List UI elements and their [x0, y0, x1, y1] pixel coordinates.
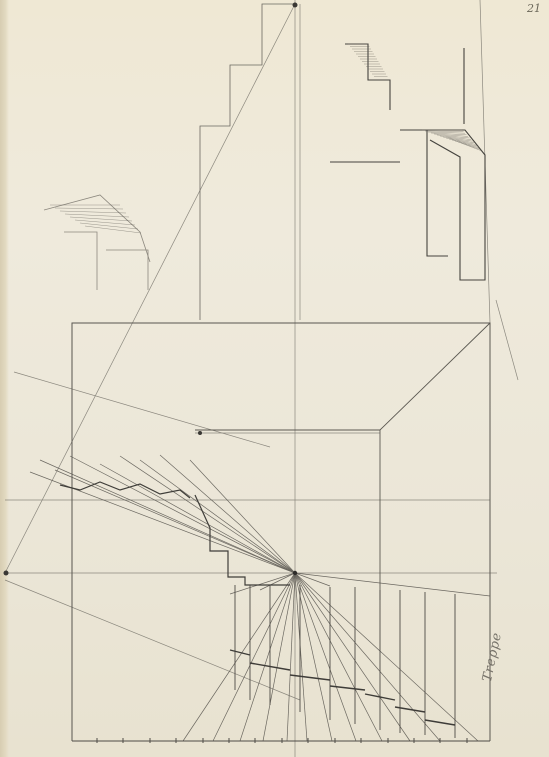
stair-tread: [330, 686, 365, 690]
block-a: [400, 130, 448, 256]
sketch-left-stair: [44, 195, 150, 290]
lower-stair-profile: [60, 482, 290, 585]
hatch: [425, 131, 464, 132]
horizon-left-marker: [4, 571, 9, 576]
apex-marker: [293, 3, 298, 8]
radial-line: [295, 573, 332, 741]
radial-line: [295, 573, 478, 741]
vanishing-radial-lines: [30, 455, 490, 741]
frame-outline: [72, 323, 490, 741]
stair-tread: [290, 675, 330, 680]
construction-line: [14, 372, 270, 447]
sketch-paper: 21 Treppe: [0, 0, 549, 757]
vanishing-point-marker: [293, 571, 297, 575]
sketch-top-right-stair: [330, 44, 485, 280]
radial-line: [190, 460, 295, 573]
radial-line: [295, 573, 490, 596]
radial-line: [295, 573, 356, 741]
radial-line: [230, 573, 295, 594]
radial-line: [295, 573, 440, 741]
hatch: [55, 208, 123, 209]
block-b: [420, 130, 485, 280]
page-number: 21: [527, 2, 541, 15]
stair-tread: [230, 650, 250, 655]
picture-frame: [72, 323, 490, 741]
hatch: [60, 211, 126, 213]
stair-treads: [230, 650, 455, 725]
radial-line: [120, 456, 295, 573]
construction-line: [5, 4, 295, 573]
construction-line: [5, 580, 300, 700]
hatching-shading: [50, 44, 482, 233]
radial-line: [183, 573, 295, 741]
radial-line: [100, 464, 295, 573]
hatch: [80, 223, 138, 229]
right-block: [106, 250, 148, 290]
radial-line: [70, 456, 295, 573]
radial-line: [40, 460, 295, 573]
stair-tread: [425, 720, 455, 725]
construction-line: [496, 300, 518, 380]
left-block: [64, 232, 97, 290]
baseline-ruler: [72, 738, 490, 743]
radial-line: [287, 573, 295, 741]
construction-lines: [5, 0, 518, 757]
radial-line: [295, 573, 382, 741]
radial-line: [295, 573, 410, 741]
stair-tread: [395, 707, 425, 712]
hatch: [65, 214, 129, 217]
measure-point-marker: [198, 431, 202, 435]
radial-line: [295, 573, 307, 741]
radial-line: [213, 573, 295, 741]
room-line: [380, 323, 490, 430]
perspective-drawing: [0, 0, 549, 757]
